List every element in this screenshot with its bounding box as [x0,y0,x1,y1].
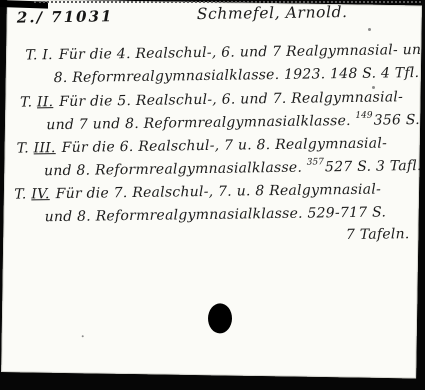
entry-2-text: Für die 5. Realschul-, 6. und 7. Realgym… [59,89,403,110]
author-heading: Schmefel, Arnold. [197,3,348,23]
scan-speckle [82,335,84,337]
entry-4-line-2: und 8. Reformrealgymnasialklasse. 529-71… [45,204,387,225]
entry-1-text: Für die 4. Realschul-, 6. und 7 Realgymn… [59,42,425,63]
entry-1-line-2: 8. Reformrealgymnasialklasse. 1923. 148 … [54,65,420,86]
entry-2-part-label: T. II. [20,94,53,110]
entry-1-part-label: T. I. [25,47,53,63]
entry-2-line-1: T. II.Für die 5. Realschul-, 6. und 7. R… [20,89,403,110]
entry-1-line-1: T. I.Für die 4. Realschul-, 6. und 7 Rea… [25,42,425,64]
entry-4-line-1: T. IV.Für die 7. Realschul-, 7. u. 8 Rea… [14,182,381,203]
entry-2-line-2: und 7 und 8. Reformrealgymnasialklasse. … [46,111,425,133]
call-number: 2./ 71031 [17,7,114,26]
entry-2-inserted-page-number: 149 [355,111,372,121]
entry-3-line-2: und 8. Reformrealgymnasialklasse. 357527… [44,158,422,179]
catalog-card: 2./ 71031 Schmefel, Arnold. T. I.Für die… [1,0,422,378]
scanned-catalog-card: 2./ 71031 Schmefel, Arnold. T. I.Für die… [0,0,425,390]
scan-top-edge [34,1,425,3]
entry-4-part-label: T. IV. [14,186,50,202]
entry-4-text: Für die 7. Realschul-, 7. u. 8 Realgymna… [56,182,382,203]
scan-speckle [372,86,375,89]
scan-speckle [368,28,371,31]
entry-3-line-1: T. III.Für die 6. Realschul-, 7 u. 8. Re… [17,135,388,156]
entry-3-part-label: T. III. [17,140,56,157]
entry-3-inserted-page-number: 357 [307,157,324,167]
entry-4-line-3: 7 Tafeln. [346,226,410,243]
entry-3-text: Für die 6. Realschul-, 7 u. 8. Realgymna… [62,135,388,156]
